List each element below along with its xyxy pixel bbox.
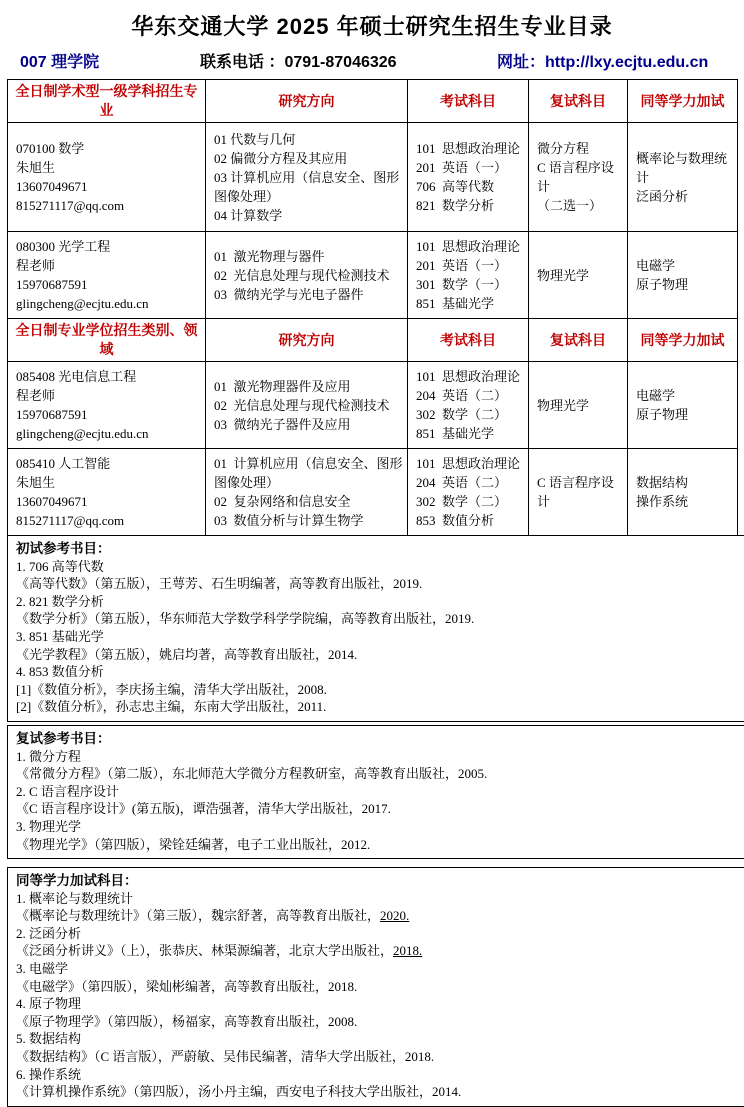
cell-line: 204 英语（二） [416, 473, 524, 492]
college-code-name: 007 理学院 [20, 49, 99, 72]
cell-line: 101 思想政治理论 [416, 367, 524, 386]
table-header-row: 全日制专业学位招生类别、领域研究方向考试科目复试科目同等学力加试 [8, 319, 738, 362]
section-additional-test-subjects: 同等学力加试科目：1. 概率论与数理统计《概率论与数理统计》（第三版），魏宗舒著… [7, 867, 744, 1107]
cell-line: 电磁学 [636, 256, 733, 275]
program-cell: 080300 光学工程程老师15970687591glingcheng@ecjt… [8, 232, 206, 319]
cell-line: glingcheng@ecjtu.edu.cn [16, 424, 201, 443]
cell-line: 程老师 [16, 386, 201, 405]
book-line: 《数学分析》（第五版），华东师范大学数学科学学院编，高等教育出版社，2019. [16, 610, 744, 628]
header-cell: 复试科目 [529, 319, 628, 362]
cell-line: 101 思想政治理论 [416, 139, 524, 158]
cell-line: 15970687591 [16, 405, 201, 424]
section-primary-reading-list: 初试参考书目：1. 706 高等代数《高等代数》（第五版），王萼芳、石生明编著，… [7, 535, 744, 722]
header-cell: 同等学力加试 [628, 319, 738, 362]
exam-subjects-cell: 101 思想政治理论201 英语（一）706 高等代数821 数学分析 [408, 123, 529, 232]
cell-line: 02 光信息处理与现代检测技术 [214, 266, 403, 285]
exam-subjects-cell: 101 思想政治理论201 英语（一）301 数学（一）851 基础光学 [408, 232, 529, 319]
cell-line: glingcheng@ecjtu.edu.cn [16, 294, 201, 313]
phone-label: 联系电话 ： [200, 54, 284, 71]
page-title: 华东交通大学 2025 年硕士研究生招生专业目录 [0, 10, 744, 41]
cell-line: C 语言程序设计 [537, 473, 623, 511]
book-line: 《C 语言程序设计》(第五版)，谭浩强著，清华大学出版社，2017. [16, 800, 744, 818]
cell-line: 080300 光学工程 [16, 237, 201, 256]
header-cell: 研究方向 [206, 319, 408, 362]
cell-line: 03 计算机应用（信息安全、图形图像处理） [214, 168, 403, 206]
cell-line: （二选一） [537, 196, 623, 215]
cell-line: 04 计算数学 [214, 206, 403, 225]
phone-number: 0791-87046326 [284, 54, 396, 71]
cell-line: 15970687591 [16, 275, 201, 294]
cell-line: 电磁学 [636, 386, 733, 405]
cell-line: 101 思想政治理论 [416, 454, 524, 473]
cell-line: 物理光学 [537, 266, 623, 285]
cell-line: 815271117@qq.com [16, 511, 201, 530]
admissions-table-wrap: 全日制学术型一级学科招生专业研究方向考试科目复试科目同等学力加试070100 数… [7, 79, 737, 536]
cell-line: 204 英语（二） [416, 386, 524, 405]
header-cell: 考试科目 [408, 80, 529, 123]
additional-subjects-cell: 电磁学原子物理 [628, 232, 738, 319]
cell-line: 01 激光物理器件及应用 [214, 377, 403, 396]
cell-line: 01 代数与几何 [214, 130, 403, 149]
table-row: 070100 数学朱旭生13607049671815271117@qq.com0… [8, 123, 738, 232]
cell-line: 302 数学（二） [416, 405, 524, 424]
header-cell: 全日制专业学位招生类别、领域 [8, 319, 206, 362]
retest-subjects-cell: 物理光学 [529, 232, 628, 319]
cell-line: 101 思想政治理论 [416, 237, 524, 256]
cell-line: 03 微纳光学与光电子器件 [214, 285, 403, 304]
cell-line: 数据结构 [636, 473, 733, 492]
section-retest-reading-list: 复试参考书目：1. 微分方程《常微分方程》（第二版），东北师范大学微分方程教研室… [7, 725, 744, 859]
cell-line: 操作系统 [636, 492, 733, 511]
cell-line: 原子物理 [636, 275, 733, 294]
additional-subjects-cell: 概率论与数理统计泛函分析 [628, 123, 738, 232]
cell-line: 302 数学（二） [416, 492, 524, 511]
book-line: 2. 821 数学分析 [16, 593, 744, 611]
book-line: 1. 概率论与数理统计 [16, 890, 744, 908]
website: 网址：http://lxy.ecjtu.edu.cn [497, 49, 708, 72]
program-cell: 085408 光电信息工程程老师15970687591glingcheng@ec… [8, 362, 206, 449]
cell-line: 01 激光物理与器件 [214, 247, 403, 266]
exam-subjects-cell: 101 思想政治理论204 英语（二）302 数学（二）853 数值分析 [408, 449, 529, 536]
book-line: 《数据结构》（C 语言版），严蔚敏、吴伟民编著，清华大学出版社，2018. [16, 1048, 744, 1066]
cell-line: 原子物理 [636, 405, 733, 424]
book-line: 《物理光学》（第四版），梁铨廷编著，电子工业出版社，2012. [16, 836, 744, 854]
book-line: 《泛函分析讲义》（上），张恭庆、林渠源编著，北京大学出版社，2018. [16, 942, 744, 960]
section-heading: 初试参考书目： [16, 540, 744, 558]
cell-line: C 语言程序设计 [537, 158, 623, 196]
cell-line: 微分方程 [537, 139, 623, 158]
cell-line: 821 数学分析 [416, 196, 524, 215]
cell-line: 851 基础光学 [416, 424, 524, 443]
header-cell: 同等学力加试 [628, 80, 738, 123]
book-line: 《概率论与数理统计》（第三版），魏宗舒著，高等教育出版社，2020. [16, 907, 744, 925]
book-line: 1. 微分方程 [16, 748, 744, 766]
research-directions-cell: 01 激光物理器件及应用02 光信息处理与现代检测技术03 微纳光子器件及应用 [206, 362, 408, 449]
book-line: 3. 物理光学 [16, 818, 744, 836]
header-cell: 研究方向 [206, 80, 408, 123]
cell-line: 02 复杂网络和信息安全 [214, 492, 403, 511]
underlined-year: 2018. [393, 943, 422, 958]
contact-phone: 联系电话 ：0791-87046326 [200, 49, 397, 72]
cell-line: 085410 人工智能 [16, 454, 201, 473]
research-directions-cell: 01 激光物理与器件02 光信息处理与现代检测技术03 微纳光学与光电子器件 [206, 232, 408, 319]
cell-line: 070100 数学 [16, 139, 201, 158]
table-row: 080300 光学工程程老师15970687591glingcheng@ecjt… [8, 232, 738, 319]
cell-line: 201 英语（一） [416, 158, 524, 177]
cell-line: 815271117@qq.com [16, 196, 201, 215]
cell-line: 851 基础光学 [416, 294, 524, 313]
book-line: 《计算机操作系统》（第四版），汤小丹主编，西安电子科技大学出版社，2014. [16, 1083, 744, 1101]
cell-line: 853 数值分析 [416, 511, 524, 530]
book-line: 2. C 语言程序设计 [16, 783, 744, 801]
book-line: 5. 数据结构 [16, 1030, 744, 1048]
cell-line: 朱旭生 [16, 473, 201, 492]
cell-line: 物理光学 [537, 396, 623, 415]
cell-line: 301 数学（一） [416, 275, 524, 294]
book-line: 2. 泛函分析 [16, 925, 744, 943]
header-cell: 复试科目 [529, 80, 628, 123]
cell-line: 03 微纳光子器件及应用 [214, 415, 403, 434]
underlined-year: 2020. [380, 908, 409, 923]
cell-line: 02 偏微分方程及其应用 [214, 149, 403, 168]
program-cell: 085410 人工智能朱旭生13607049671815271117@qq.co… [8, 449, 206, 536]
website-url[interactable]: http://lxy.ecjtu.edu.cn [545, 54, 708, 71]
book-line: 1. 706 高等代数 [16, 558, 744, 576]
table-row: 085410 人工智能朱旭生13607049671815271117@qq.co… [8, 449, 738, 536]
section-heading: 复试参考书目： [16, 730, 744, 748]
header-cell: 全日制学术型一级学科招生专业 [8, 80, 206, 123]
cell-line: 02 光信息处理与现代检测技术 [214, 396, 403, 415]
book-line: 6. 操作系统 [16, 1066, 744, 1084]
book-line: 《高等代数》（第五版），王萼芳、石生明编著，高等教育出版社，2019. [16, 575, 744, 593]
book-line: 3. 电磁学 [16, 960, 744, 978]
cell-line: 概率论与数理统计 [636, 149, 733, 187]
retest-subjects-cell: C 语言程序设计 [529, 449, 628, 536]
table-header-row: 全日制学术型一级学科招生专业研究方向考试科目复试科目同等学力加试 [8, 80, 738, 123]
research-directions-cell: 01 计算机应用（信息安全、图形图像处理）02 复杂网络和信息安全03 数值分析… [206, 449, 408, 536]
cell-line: 泛函分析 [636, 187, 733, 206]
retest-subjects-cell: 物理光学 [529, 362, 628, 449]
retest-subjects-cell: 微分方程C 语言程序设计（二选一） [529, 123, 628, 232]
book-line: 《光学教程》（第五版），姚启均著，高等教育出版社，2014. [16, 646, 744, 664]
book-line: [1]《数值分析》，李庆扬主编，清华大学出版社，2008. [16, 681, 744, 699]
cell-line: 朱旭生 [16, 158, 201, 177]
website-label: 网址： [497, 54, 545, 71]
table-row: 085408 光电信息工程程老师15970687591glingcheng@ec… [8, 362, 738, 449]
cell-line: 程老师 [16, 256, 201, 275]
book-line: 《原子物理学》（第四版），杨福家，高等教育出版社，2008. [16, 1013, 744, 1031]
header-cell: 考试科目 [408, 319, 529, 362]
additional-subjects-cell: 电磁学原子物理 [628, 362, 738, 449]
exam-subjects-cell: 101 思想政治理论204 英语（二）302 数学（二）851 基础光学 [408, 362, 529, 449]
contact-info-bar: 007 理学院 联系电话 ：0791-87046326 网址：http://lx… [0, 49, 744, 79]
research-directions-cell: 01 代数与几何02 偏微分方程及其应用03 计算机应用（信息安全、图形图像处理… [206, 123, 408, 232]
cell-line: 13607049671 [16, 492, 201, 511]
admissions-catalog-table: 全日制学术型一级学科招生专业研究方向考试科目复试科目同等学力加试070100 数… [7, 79, 738, 536]
cell-line: 01 计算机应用（信息安全、图形图像处理） [214, 454, 403, 492]
book-line: 《常微分方程》（第二版），东北师范大学微分方程教研室，高等教育出版社，2005. [16, 765, 744, 783]
book-line: [2]《数值分析》，孙志忠主编，东南大学出版社，2011. [16, 698, 744, 716]
section-heading: 同等学力加试科目： [16, 872, 744, 890]
cell-line: 706 高等代数 [416, 177, 524, 196]
book-line: 3. 851 基础光学 [16, 628, 744, 646]
cell-line: 201 英语（一） [416, 256, 524, 275]
book-line: 《电磁学》（第四版），梁灿彬编著，高等教育出版社，2018. [16, 978, 744, 996]
program-cell: 070100 数学朱旭生13607049671815271117@qq.com [8, 123, 206, 232]
book-line: 4. 原子物理 [16, 995, 744, 1013]
book-line: 4. 853 数值分析 [16, 663, 744, 681]
cell-line: 085408 光电信息工程 [16, 367, 201, 386]
cell-line: 13607049671 [16, 177, 201, 196]
cell-line: 03 数值分析与计算生物学 [214, 511, 403, 530]
additional-subjects-cell: 数据结构操作系统 [628, 449, 738, 536]
